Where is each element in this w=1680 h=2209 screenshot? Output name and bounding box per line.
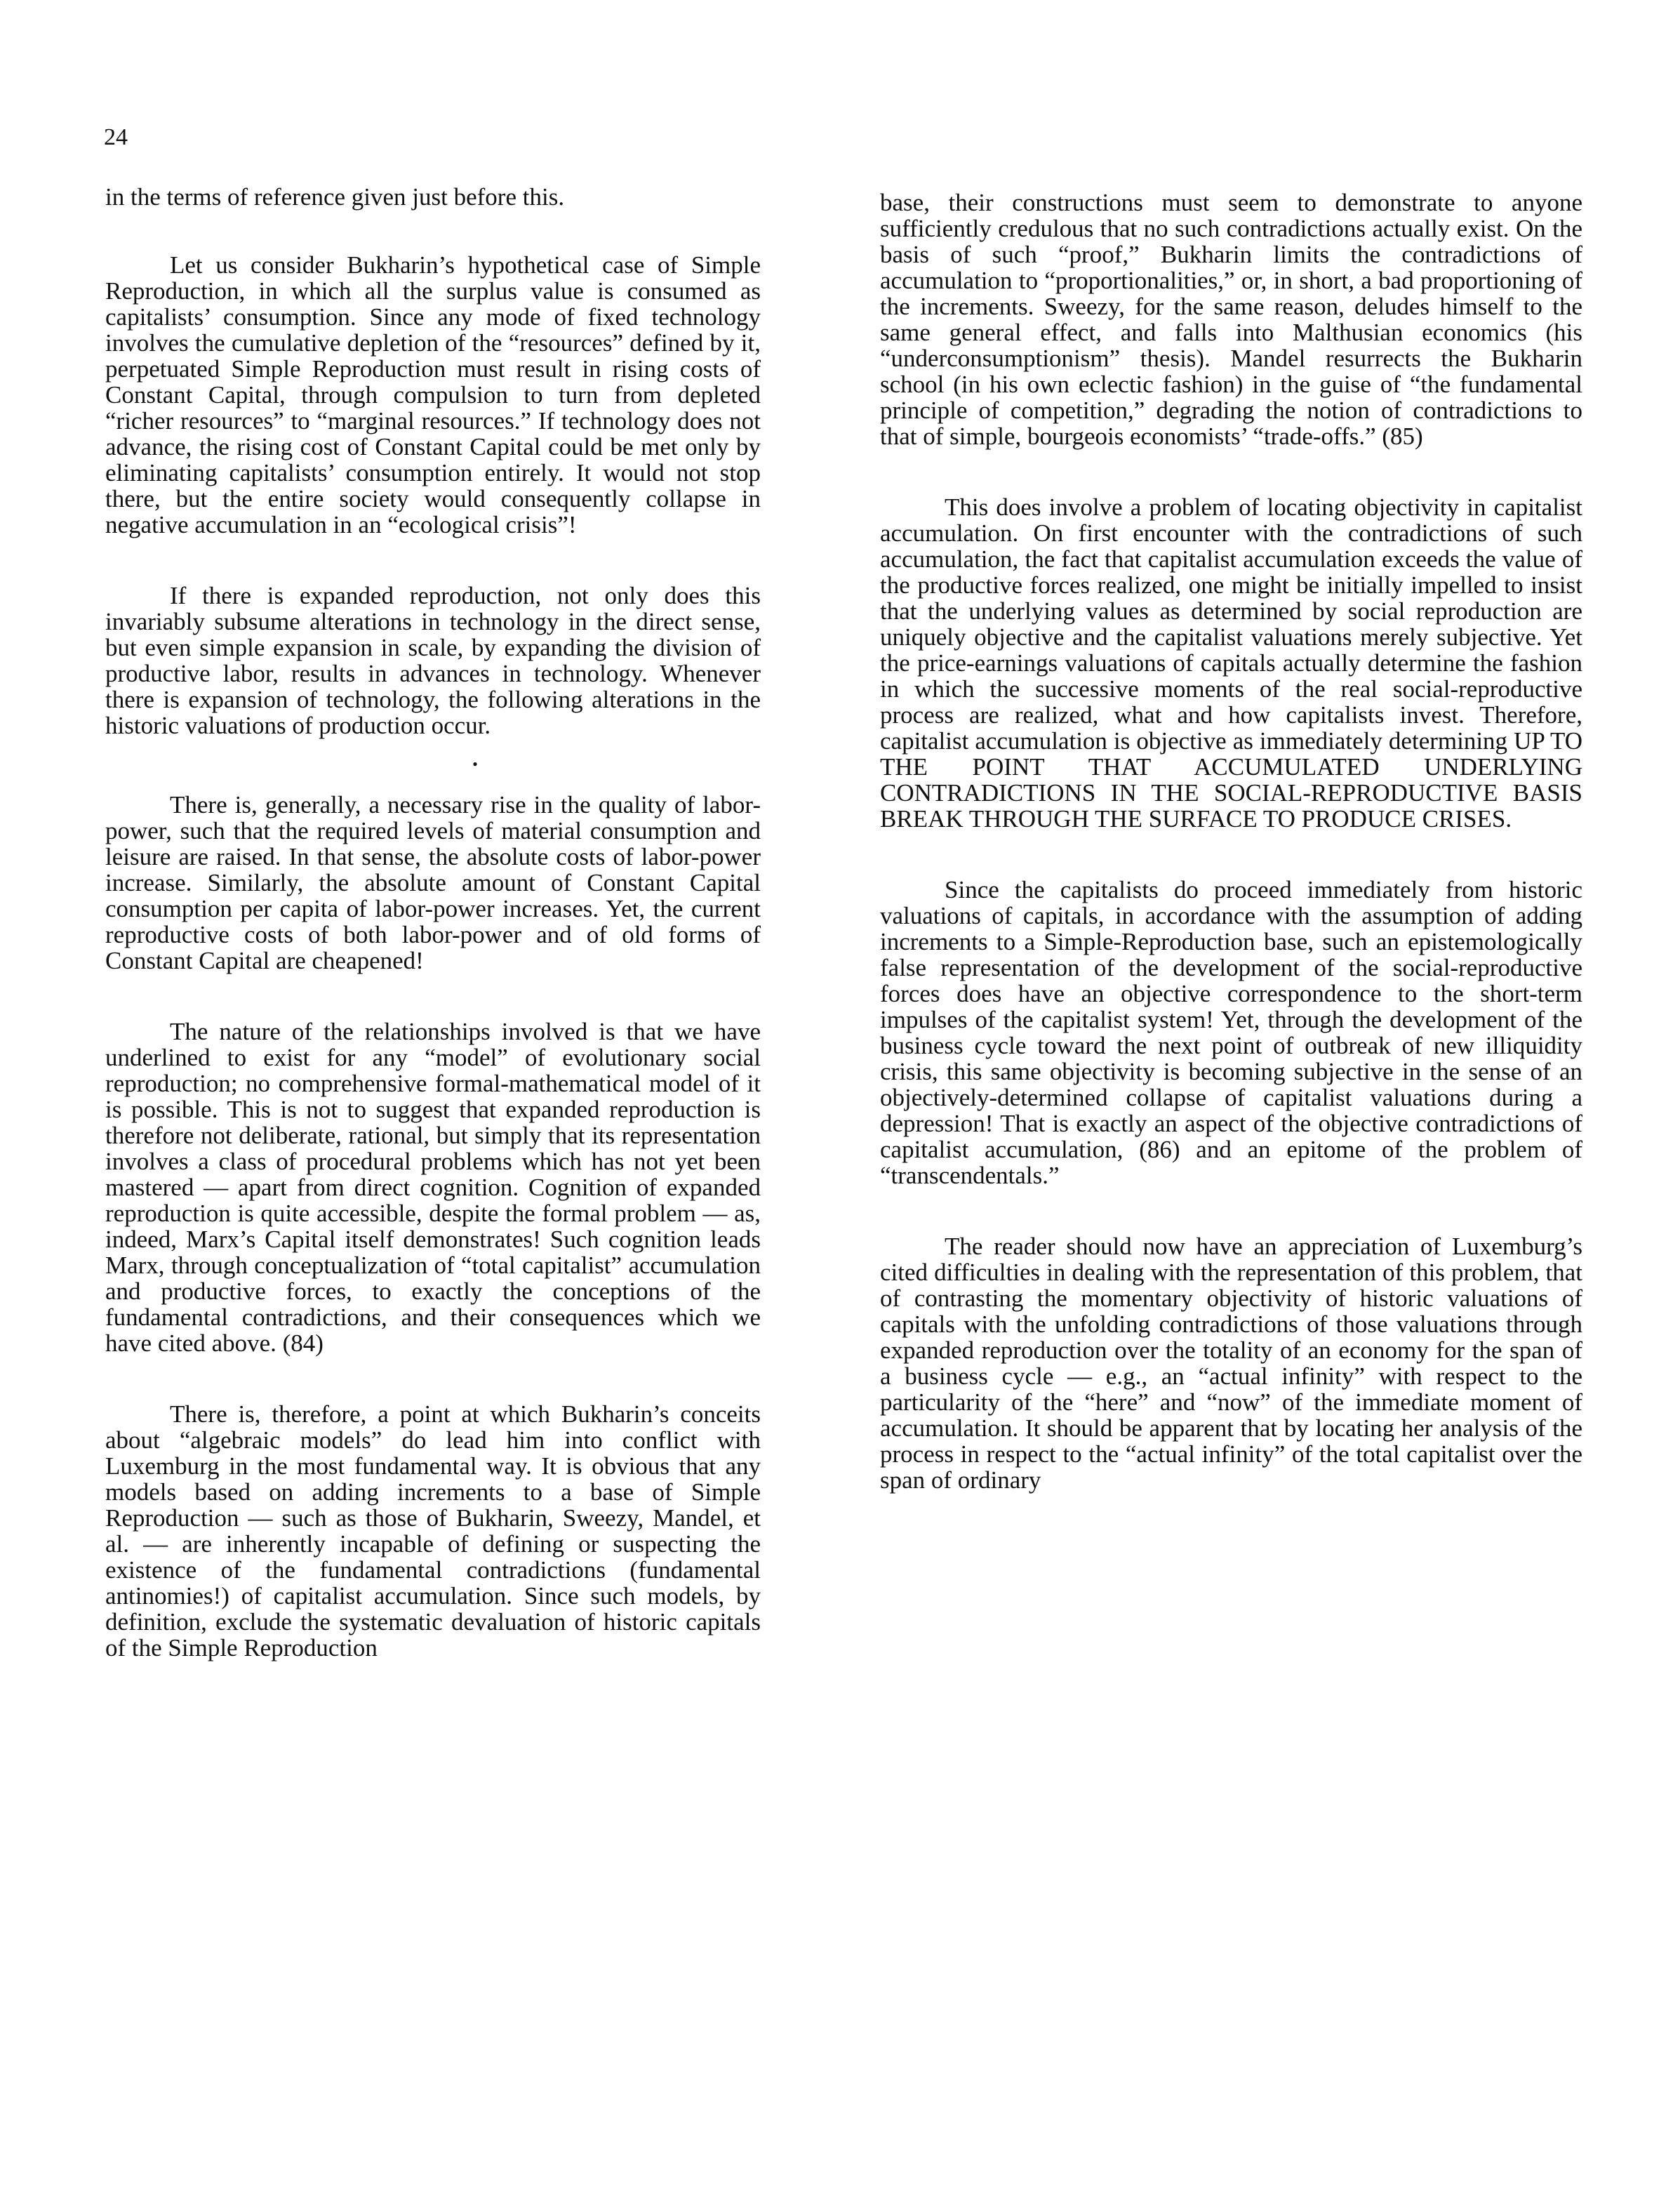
- paragraph-bukharin-conceits: There is, therefore, a point at which Bu…: [105, 1401, 761, 1661]
- paragraph-relationships: The nature of the relationships involved…: [105, 1019, 761, 1356]
- left-column: in the terms of reference given just bef…: [105, 184, 761, 1661]
- paragraph-simple-reproduction: Let us consider Bukharin’s hypothetical …: [105, 252, 761, 538]
- paragraph-luxemburg-difficulties: The reader should now have an appreciati…: [880, 1233, 1582, 1493]
- paragraph-continuation: in the terms of reference given just bef…: [105, 184, 761, 210]
- right-column: base, their constructions must seem to d…: [880, 190, 1582, 1493]
- paragraph-labor-power: There is, generally, a necessary rise in…: [105, 792, 761, 974]
- page-number: 24: [104, 124, 128, 152]
- bullet-ornament: •: [105, 757, 761, 772]
- paragraph-objectivity: This does involve a problem of locating …: [880, 494, 1582, 832]
- paragraph-historic-valuations: Since the capitalists do proceed immedia…: [880, 877, 1582, 1188]
- paragraph-expanded-reproduction: If there is expanded reproduction, not o…: [105, 583, 761, 738]
- paragraph-constructions: base, their constructions must seem to d…: [880, 190, 1582, 449]
